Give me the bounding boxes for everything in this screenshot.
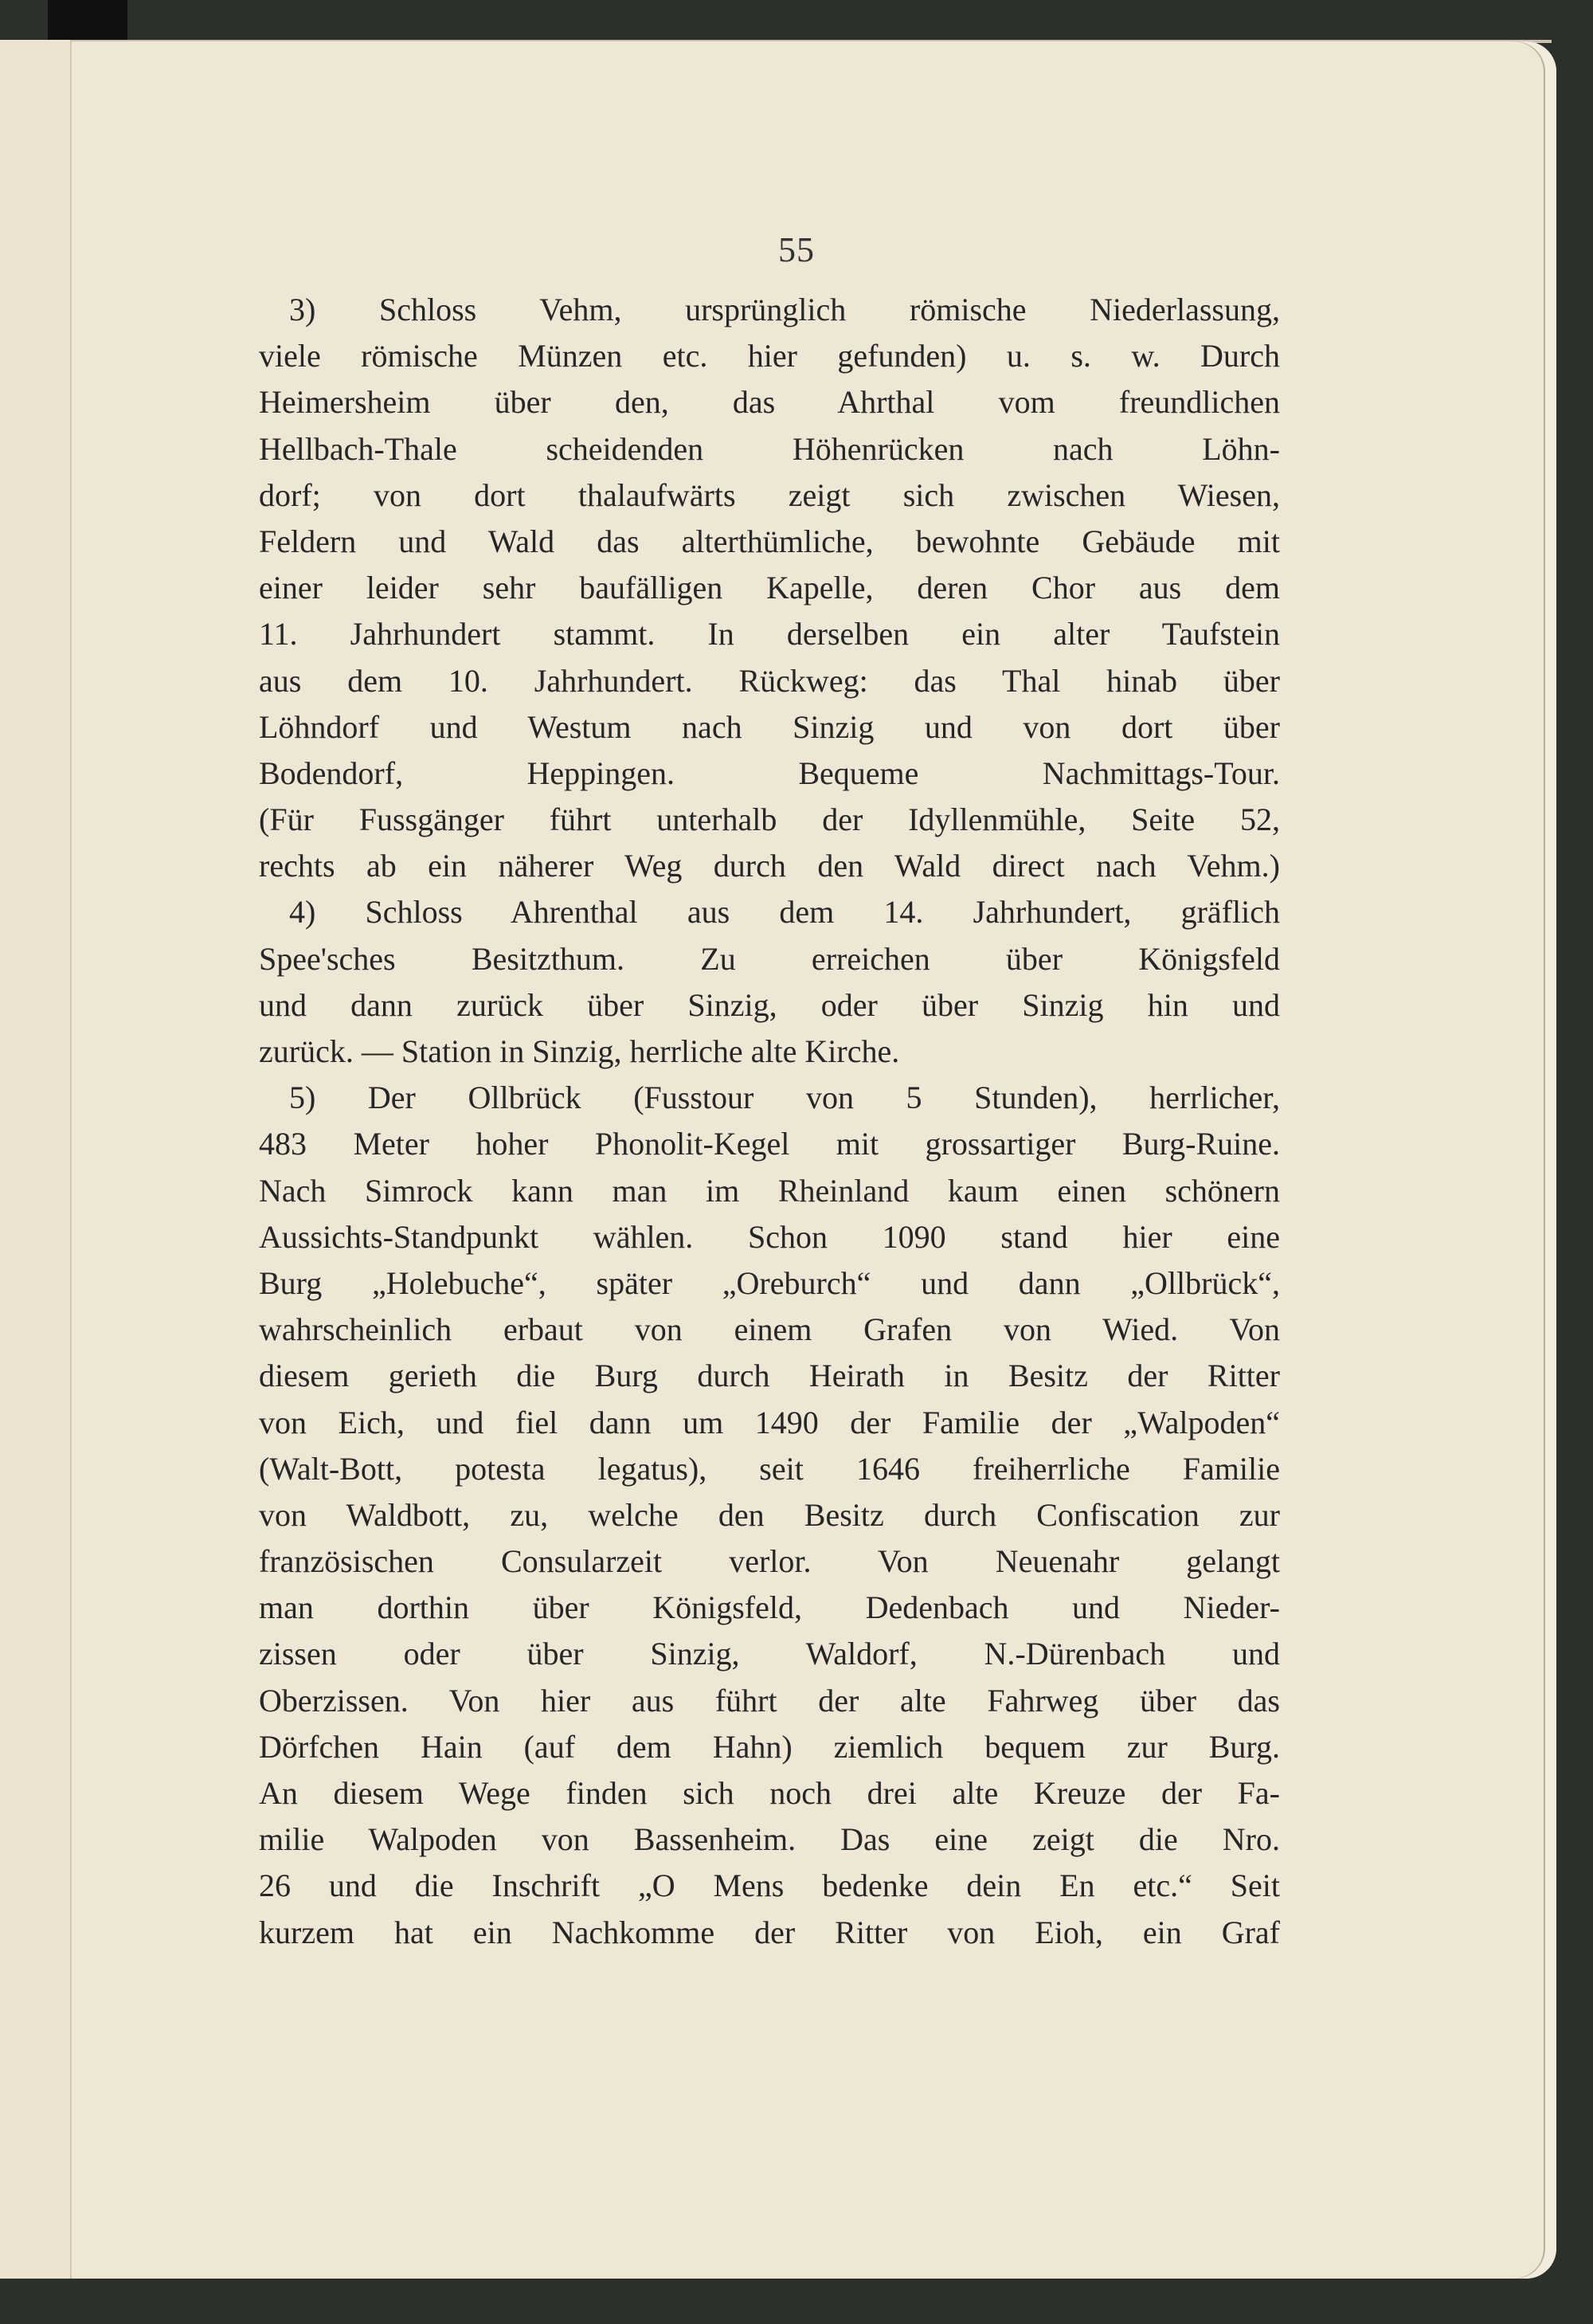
text-line: Bodendorf, Heppingen. Bequeme Nachmittag… (259, 750, 1280, 797)
text-line: (Für Fussgänger führt unterhalb der Idyl… (259, 797, 1280, 843)
text-line: milie Walpoden von Bassenheim. Das eine … (259, 1816, 1280, 1863)
text-line: 483 Meter hoher Phonolit-Kegel mit gross… (259, 1121, 1280, 1167)
text-line: Feldern und Wald das alterthümliche, bew… (259, 519, 1280, 565)
text-line: Spee'sches Besitzthum. Zu erreichen über… (259, 936, 1280, 982)
text-line: rechts ab ein näherer Weg durch den Wald… (259, 843, 1280, 889)
text-line: Nach Simrock kann man im Rheinland kaum … (259, 1168, 1280, 1214)
scan-backdrop (48, 0, 127, 44)
text-line: An diesem Wege finden sich noch drei alt… (259, 1770, 1280, 1816)
text-line: von Waldbott, zu, welche den Besitz durc… (259, 1492, 1280, 1538)
body-text: 3) Schloss Vehm, ursprünglich römische N… (259, 287, 1280, 1956)
text-line: und dann zurück über Sinzig, oder über S… (259, 982, 1280, 1029)
text-line: aus dem 10. Jahrhundert. Rückweg: das Th… (259, 658, 1280, 704)
text-line: (Walt-Bott, potesta legatus), seit 1646 … (259, 1446, 1280, 1492)
text-line: zurück. — Station in Sinzig, herrliche a… (259, 1029, 1280, 1075)
text-line: man dorthin über Königsfeld, Dedenbach u… (259, 1585, 1280, 1631)
text-line: diesem gerieth die Burg durch Heirath in… (259, 1353, 1280, 1399)
text-line: Dörfchen Hain (auf dem Hahn) ziemlich be… (259, 1724, 1280, 1770)
text-line: kurzem hat ein Nachkomme der Ritter von … (259, 1910, 1280, 1956)
text-line-paragraph-4-start: 4) Schloss Ahrenthal aus dem 14. Jahrhun… (259, 889, 1280, 935)
text-line: wahrscheinlich erbaut von einem Grafen v… (259, 1307, 1280, 1353)
text-line-paragraph-3-start: 3) Schloss Vehm, ursprünglich römische N… (259, 287, 1280, 333)
text-line: einer leider sehr baufälligen Kapelle, d… (259, 565, 1280, 611)
text-line: viele römische Münzen etc. hier gefunden… (259, 333, 1280, 379)
text-line: Löhndorf und Westum nach Sinzig und von … (259, 704, 1280, 750)
text-line: Heimersheim über den, das Ahrthal vom fr… (259, 379, 1280, 425)
text-line: französischen Consularzeit verlor. Von N… (259, 1538, 1280, 1585)
text-line: Aussichts-Standpunkt wählen. Schon 1090 … (259, 1214, 1280, 1260)
text-line: zissen oder über Sinzig, Waldorf, N.-Dür… (259, 1631, 1280, 1677)
text-line: 26 und die Inschrift „O Mens bedenke dei… (259, 1863, 1280, 1909)
text-line-paragraph-5-start: 5) Der Ollbrück (Fusstour von 5 Stunden)… (259, 1075, 1280, 1121)
page-number: 55 (0, 229, 1593, 270)
text-line: Hellbach-Thale scheidenden Höhenrücken n… (259, 426, 1280, 472)
text-line: 11. Jahrhundert stammt. In derselben ein… (259, 611, 1280, 657)
text-line: Oberzissen. Von hier aus führt der alte … (259, 1678, 1280, 1724)
text-line: dorf; von dort thalaufwärts zeigt sich z… (259, 472, 1280, 519)
text-line: von Eich, und fiel dann um 1490 der Fami… (259, 1400, 1280, 1446)
text-line: Burg „Holebuche“, später „Oreburch“ und … (259, 1260, 1280, 1307)
left-page-edge (0, 40, 72, 2279)
